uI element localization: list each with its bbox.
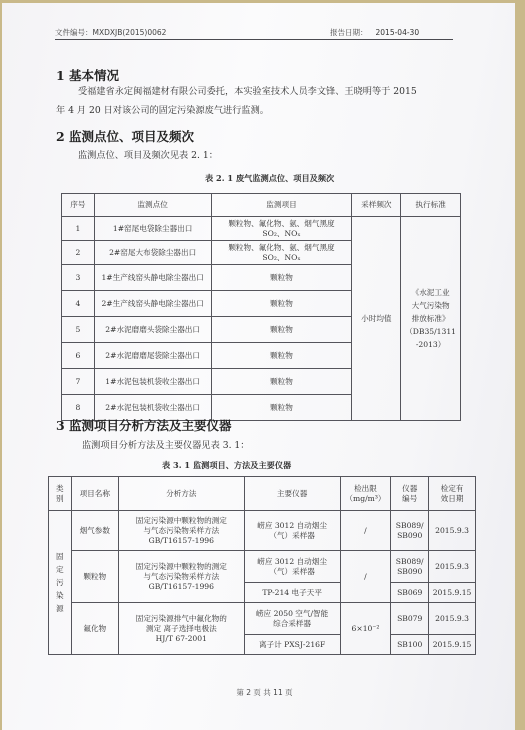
section-1-paragraph-line1: 受福建省永定闽福建材有限公司委托，本实验室技术人员李文锋、王晓明等于 2015 (78, 85, 417, 99)
page-header: 文件编号：MXDXJB(2015)0062 报告日期：2015-04-30 (55, 25, 453, 40)
table-header-row: 序号 监测点位 监测项目 采样频次 执行标准 (62, 194, 461, 217)
sampling-frequency: 小时均值 (352, 217, 401, 421)
document-page: 文件编号：MXDXJB(2015)0062 报告日期：2015-04-30 1 … (2, 3, 515, 730)
table-row: 1 1#窑尾电袋除尘器出口 颗粒物、氟化物、氨、烟气黑度SO₂、NOₓ 小时均值… (62, 217, 461, 241)
report-date: 报告日期：2015-04-30 (330, 27, 419, 38)
table-2-1: 序号 监测点位 监测项目 采样频次 执行标准 1 1#窑尾电袋除尘器出口 颗粒物… (61, 193, 461, 421)
table-3-1-caption: 表 3. 1 监测项目、方法及主要仪器 (162, 460, 291, 471)
table-header-row: 类别 项目名称 分析方法 主要仪器 检出限（mg/m³） 仪器编号 检定有效日期 (49, 477, 476, 511)
table-row: 氟化物 固定污染源排气中氟化物的测定 离子选择电极法HJ/T 67-2001 崂… (49, 603, 476, 635)
table-row: 颗粒物 固定污染源中颗粒物的测定与气态污染物采样方法GB/T16157-1996… (49, 551, 476, 583)
section-2-intro: 监测点位、项目及频次见表 2. 1： (78, 149, 218, 163)
document-number: 文件编号：MXDXJB(2015)0062 (55, 27, 166, 38)
section-3-intro: 监测项目分析方法及主要仪器见表 3. 1： (82, 439, 249, 453)
section-1-title: 1 基本情况 (56, 66, 119, 84)
section-2-title: 2 监测点位、项目及频次 (56, 127, 194, 145)
section-3-title: 3 监测项目分析方法及主要仪器 (56, 416, 232, 434)
section-1-paragraph-line2: 年 4 月 20 日对该公司的固定污染源废气进行监测。 (56, 104, 269, 118)
table-3-1: 类别 项目名称 分析方法 主要仪器 检出限（mg/m³） 仪器编号 检定有效日期… (48, 476, 476, 655)
category-fixed-pollution-source: 固 定 污 染 源 (49, 511, 72, 655)
execution-standard: 《水泥工业 大气污染物 排放标准》 （DB35/1311 -2013） (401, 217, 461, 421)
page-footer: 第 2 页 共 11 页 (2, 687, 525, 698)
table-row: 固 定 污 染 源 烟气参数 固定污染源中颗粒物的测定与气态污染物采样方法GB/… (49, 511, 476, 551)
table-2-1-caption: 表 2. 1 废气监测点位、项目及频次 (205, 173, 334, 184)
